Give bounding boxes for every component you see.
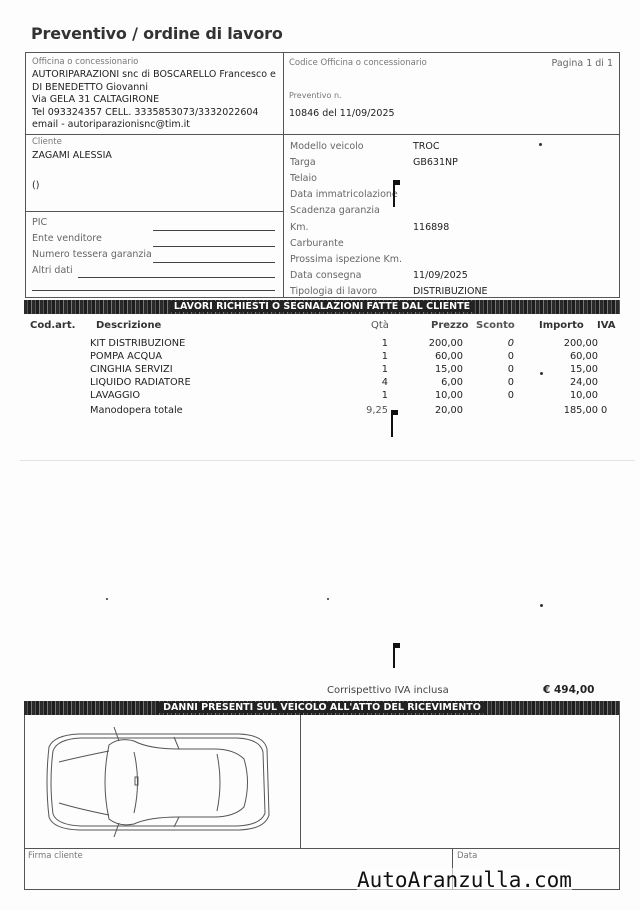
vehicle-model: TROC: [413, 141, 440, 152]
manodopera-desc: Manodopera totale: [90, 405, 183, 416]
row-prezzo: 200,00: [420, 338, 463, 349]
codice-label: Codice Officina o concessionario: [289, 58, 427, 68]
lavori-banner-text: LAVORI RICHIESTI O SEGNALAZIONI FATTE DA…: [170, 301, 474, 312]
scan-speck: [327, 598, 329, 600]
row-desc: POMPA ACQUA: [90, 351, 162, 362]
manodopera-row: Manodopera totale 9,25 20,00 185,00 0: [0, 405, 640, 418]
damage-notes-box[interactable]: [300, 715, 620, 849]
scan-speck: [540, 604, 543, 607]
officina-line: DI BENEDETTO Giovanni: [32, 82, 287, 95]
altri-dati-field-2[interactable]: [32, 290, 275, 291]
vehicle-delivery-date: 11/09/2025: [413, 270, 468, 281]
row-importo: 15,00: [550, 364, 598, 375]
row-sconto: 0: [490, 364, 514, 375]
officina-line: Via GELA 31 CALTAGIRONE: [32, 94, 287, 107]
scan-mark: [393, 180, 400, 207]
officina-label: Officina o concessionario: [32, 57, 138, 67]
fold-line: [20, 460, 635, 461]
vehicle-box: Modello veicolo TROC Targa GB631NP Telai…: [283, 134, 620, 298]
row-desc: CINGHIA SERVIZI: [90, 364, 173, 375]
vehicle-label: Carburante: [290, 238, 344, 249]
table-row: LAVAGGIO 1 10,00 0 10,00: [0, 390, 640, 403]
row-importo: 10,00: [550, 390, 598, 401]
officina-details: AUTORIPARAZIONI snc di BOSCARELLO France…: [32, 69, 287, 132]
col-descrizione: Descrizione: [96, 320, 161, 331]
row-importo: 200,00: [550, 338, 598, 349]
officina-line: Tel 093324357 CELL. 3335853073/333202260…: [32, 107, 287, 120]
scan-speck: [106, 598, 108, 600]
danni-banner-text: DANNI PRESENTI SUL VEICOLO ALL'ATTO DEL …: [159, 702, 485, 713]
vehicle-label: Km.: [290, 222, 309, 233]
table-row: LIQUIDO RADIATORE 4 6,00 0 24,00: [0, 377, 640, 390]
tessera-garanzia-label: Numero tessera garanzia: [32, 249, 152, 262]
vehicle-label: Data immatricolazione: [290, 189, 398, 200]
manodopera-iva: 0: [601, 405, 607, 416]
manodopera-importo: 185,00: [550, 405, 598, 416]
scan-mark: [393, 643, 400, 668]
row-qta: 1: [360, 351, 388, 362]
cliente-box: Cliente ZAGAMI ALESSIA (): [25, 134, 284, 212]
table-row: POMPA ACQUA 1 60,00 0 60,00: [0, 351, 640, 364]
vehicle-label: Telaio: [290, 173, 317, 184]
car-diagram-box: [24, 715, 301, 849]
preventivo-value: 10846 del 11/09/2025: [289, 108, 395, 121]
ente-venditore-label: Ente venditore: [32, 233, 102, 246]
col-iva: IVA: [597, 320, 616, 331]
vehicle-plate: GB631NP: [413, 157, 458, 168]
vehicle-work-type: DISTRIBUZIONE: [413, 286, 488, 297]
col-importo: Importo: [539, 320, 584, 331]
officina-line: email - autoriparazionisnc@tim.it: [32, 119, 287, 132]
pic-label: PIC: [32, 217, 47, 230]
lavori-banner: LAVORI RICHIESTI O SEGNALAZIONI FATTE DA…: [24, 300, 620, 314]
row-desc: LAVAGGIO: [90, 390, 140, 401]
vehicle-label: Prossima ispezione Km.: [290, 254, 402, 265]
row-desc: KIT DISTRIBUZIONE: [90, 338, 185, 349]
row-qta: 4: [360, 377, 388, 388]
table-row: CINGHIA SERVIZI 1 15,00 0 15,00: [0, 364, 640, 377]
totale-label: Corrispettivo IVA inclusa: [327, 685, 449, 696]
col-sconto: Sconto: [476, 320, 515, 331]
row-qta: 1: [360, 364, 388, 375]
vehicle-label: Tipologia di lavoro: [290, 286, 377, 297]
officina-box: Officina o concessionario AUTORIPARAZION…: [25, 52, 284, 135]
row-desc: LIQUIDO RADIATORE: [90, 377, 191, 388]
table-row: KIT DISTRIBUZIONE 1 200,00 0 200,00: [0, 338, 640, 351]
row-importo: 24,00: [550, 377, 598, 388]
ente-venditore-field[interactable]: [153, 246, 275, 247]
row-sconto: 0: [490, 351, 514, 362]
cliente-label: Cliente: [32, 137, 62, 147]
totale-value: € 494,00: [543, 684, 594, 696]
row-prezzo: 60,00: [420, 351, 463, 362]
scan-mark: [391, 410, 398, 437]
col-cod-art: Cod.art.: [30, 320, 75, 331]
document-title: Preventivo / ordine di lavoro: [31, 24, 283, 43]
vehicle-km: 116898: [413, 222, 449, 233]
scan-speck: [539, 143, 542, 146]
page-indicator: Pagina 1 di 1: [552, 58, 613, 71]
row-sconto: 0: [490, 390, 514, 401]
cliente-name: ZAGAMI ALESSIA: [32, 150, 112, 163]
row-prezzo: 15,00: [420, 364, 463, 375]
row-prezzo: 10,00: [420, 390, 463, 401]
col-qta: Qtà: [371, 320, 389, 331]
row-qta: 1: [360, 338, 388, 349]
pic-field[interactable]: [153, 230, 275, 231]
vehicle-label: Scadenza garanzia: [290, 205, 380, 216]
row-sconto: 0: [490, 377, 514, 388]
row-sconto: 0: [490, 338, 514, 349]
cliente-extra: (): [32, 180, 39, 193]
col-prezzo: Prezzo: [431, 320, 469, 331]
firma-label: Firma cliente: [28, 851, 83, 861]
data-label: Data: [457, 851, 477, 861]
vehicle-label: Modello veicolo: [290, 141, 364, 152]
row-prezzo: 6,00: [420, 377, 463, 388]
codice-box: Codice Officina o concessionario Pagina …: [283, 52, 620, 135]
car-top-view-icon[interactable]: [39, 727, 279, 837]
vehicle-label: Targa: [290, 157, 316, 168]
tessera-garanzia-field[interactable]: [153, 262, 275, 263]
vehicle-label: Data consegna: [290, 270, 361, 281]
officina-line: AUTORIPARAZIONI snc di BOSCARELLO France…: [32, 69, 287, 82]
manodopera-qta: 9,25: [358, 405, 388, 416]
row-importo: 60,00: [550, 351, 598, 362]
extra-fields-box: PIC Ente venditore Numero tessera garanz…: [25, 211, 284, 298]
preventivo-label: Preventivo n.: [289, 91, 342, 100]
row-qta: 1: [360, 390, 388, 401]
watermark: AutoAranzulla.com: [357, 868, 572, 892]
scan-speck: [540, 372, 543, 375]
altri-dati-field[interactable]: [78, 277, 275, 278]
altri-dati-label: Altri dati: [32, 265, 73, 278]
danni-banner: DANNI PRESENTI SUL VEICOLO ALL'ATTO DEL …: [24, 701, 620, 715]
manodopera-prezzo: 20,00: [420, 405, 463, 416]
